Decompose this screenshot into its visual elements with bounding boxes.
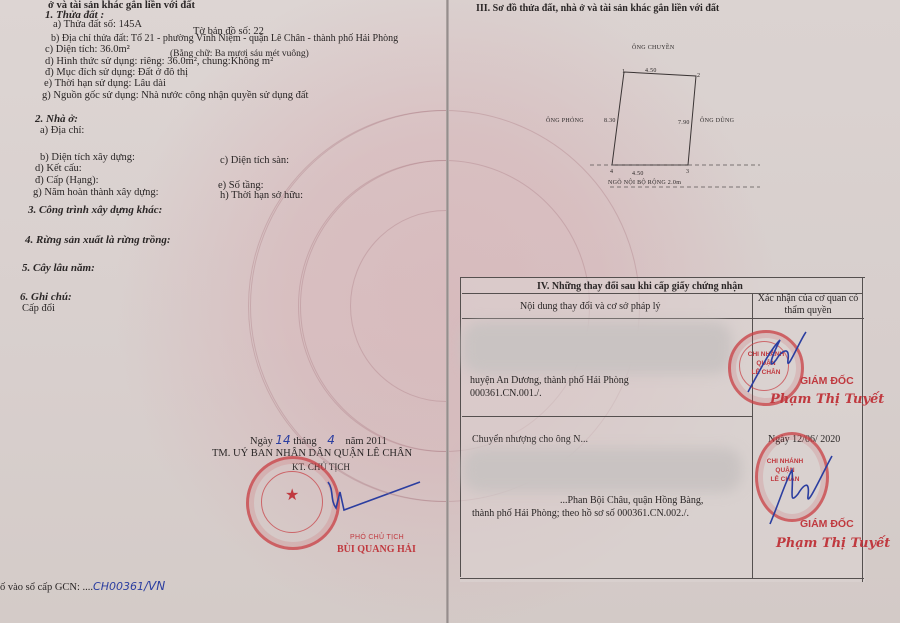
entry2-confirm-name: Phạm Thị Tuyết bbox=[776, 538, 890, 550]
entry1-line2: 000361.CN.001./. bbox=[470, 388, 542, 400]
section5-title: 5. Cây lâu năm: bbox=[22, 262, 95, 274]
page-fold bbox=[446, 0, 449, 623]
entry2-confirm-title: GIÁM ĐỐC bbox=[800, 518, 854, 530]
section6-title: 6. Ghi chú: bbox=[20, 291, 72, 303]
section4-title: IV. Những thay đổi sau khi cấp giấy chứn… bbox=[537, 281, 743, 293]
corner-4: 4 bbox=[610, 166, 613, 178]
corner-2: 2 bbox=[697, 70, 700, 82]
registry-number: CH00361 bbox=[93, 580, 144, 593]
redacted-block bbox=[462, 322, 732, 374]
south-road: NGÕ NỘI BỘ RỘNG 2.0m bbox=[608, 177, 681, 189]
right-edge-length: 7.90 bbox=[678, 117, 690, 129]
section2-title: 2. Nhà ở: bbox=[35, 113, 78, 125]
section3-diagram-title: III. Sơ đồ thửa đất, nhà ở và tài sản kh… bbox=[476, 3, 719, 15]
entry1-confirm-name: Phạm Thị Tuyết bbox=[770, 394, 884, 406]
entry2-line1: ...Phan Bội Châu, quận Hồng Bàng, bbox=[560, 495, 703, 507]
origin: g) Nguồn gốc sử dụng: Nhà nước công nhận… bbox=[42, 90, 308, 102]
bottom-edge-length: 4.50 bbox=[632, 168, 644, 180]
left-edge-length: 8.30 bbox=[604, 115, 616, 127]
section4-title: 4. Rừng sản xuất là rừng trồng: bbox=[25, 234, 171, 246]
entry2-line0: Chuyển nhượng cho ông N... bbox=[472, 434, 588, 446]
east-neighbor: ÔNG DŨNG bbox=[700, 115, 734, 127]
issue-day: 14 bbox=[275, 433, 290, 447]
structure: d) Kết cấu: bbox=[35, 163, 82, 175]
west-neighbor: ÔNG PHỎNG bbox=[546, 115, 584, 127]
top-edge-length: 4.50 bbox=[645, 65, 657, 77]
signer-title: PHÓ CHỦ TỊCH bbox=[350, 532, 404, 544]
redacted-block bbox=[462, 448, 742, 492]
entry2-line2: thành phố Hải Phòng; theo hồ sơ số 00036… bbox=[472, 508, 689, 520]
column-confirm-header: Xác nhận của cơ quan có thẩm quyền bbox=[756, 293, 860, 317]
table-row-divider bbox=[462, 416, 752, 417]
grade: đ) Cấp (Hạng): bbox=[35, 175, 99, 187]
entry1-confirm-title: GIÁM ĐỐC bbox=[800, 375, 854, 387]
table-header-bottom bbox=[462, 318, 864, 319]
corner-1: 1 bbox=[622, 66, 625, 78]
corner-3: 3 bbox=[686, 166, 689, 178]
registry-line: ố vào sổ cấp GCN: ....CH00361/VN bbox=[0, 580, 165, 594]
table-border-top bbox=[460, 277, 865, 278]
usage-term: e) Thời hạn sử dụng: Lâu dài bbox=[44, 78, 166, 90]
star-icon: ★ bbox=[285, 485, 299, 505]
registry-suffix: /VN bbox=[144, 579, 165, 593]
signer-name: BÙI QUANG HẢI bbox=[337, 544, 416, 556]
completion-year: g) Năm hoàn thành xây dựng: bbox=[33, 187, 159, 199]
north-neighbor: ÔNG CHUYỀN bbox=[632, 42, 675, 54]
area: c) Diện tích: 36.0m² bbox=[45, 44, 130, 56]
registry-label: ố vào sổ cấp GCN: .... bbox=[0, 582, 93, 593]
note: Cấp đổi bbox=[22, 303, 55, 315]
signature-scribble bbox=[740, 330, 820, 400]
table-border-left bbox=[460, 277, 461, 577]
floor-area: c) Diện tích sàn: bbox=[220, 155, 289, 167]
date-prefix: Ngày bbox=[250, 436, 273, 447]
column-content-header: Nội dung thay đổi và cơ sở pháp lý bbox=[520, 301, 661, 313]
parcel-number: a) Thửa đất số: 145A bbox=[53, 19, 142, 31]
entry1-line1: huyện An Dương, thành phố Hải Phòng bbox=[470, 375, 629, 387]
table-border-bottom bbox=[460, 578, 864, 579]
house-address: a) Địa chỉ: bbox=[40, 125, 84, 137]
section3-title: 3. Công trình xây dựng khác: bbox=[28, 204, 162, 216]
